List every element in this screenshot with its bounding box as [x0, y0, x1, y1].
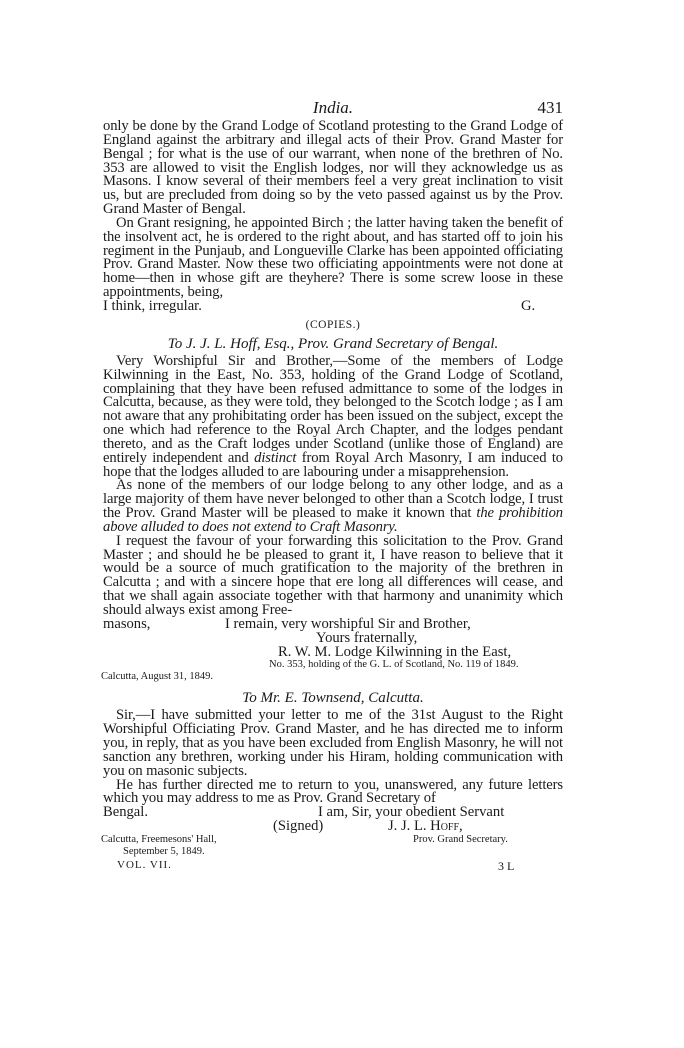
signature-line: (Signed) J. J. L. Hoff, [103, 820, 563, 834]
book-page: India. 431 only be done by the Grand Lod… [103, 94, 563, 873]
paragraph: On Grant resigning, he appointed Birch ;… [103, 217, 563, 300]
signer: R. W. M. Lodge Kilwinning in the East, [103, 646, 563, 660]
paragraph: only be done by the Grand Lodge of Scotl… [103, 120, 563, 217]
running-title: India. [103, 98, 563, 118]
signer-detail-row: No. 353, holding of the G. L. of Scotlan… [103, 659, 563, 671]
closing-line: I think, irregular. G. [103, 300, 563, 314]
letter-excerpt: only be done by the Grand Lodge of Scotl… [103, 120, 563, 314]
running-header: India. 431 [103, 94, 563, 120]
paragraph: He has further directed me to return to … [103, 779, 563, 807]
signature-mark: 3 L [498, 859, 514, 874]
author-initial: G. [521, 300, 535, 314]
letter-address: To Mr. E. Townsend, Calcutta. [103, 691, 563, 706]
date-row: September 5, 1849. [103, 846, 563, 859]
closing-text: I think, irregular. [103, 300, 202, 314]
letter-to-townsend: To Mr. E. Townsend, Calcutta. Sir,—I hav… [103, 691, 563, 859]
place-title-row: Calcutta, Freemesons' Hall, Prov. Grand … [103, 834, 563, 846]
page-number: 431 [538, 98, 564, 118]
page-footer: VOL. VII. 3 L [103, 859, 563, 873]
closing-line: Bengal. I am, Sir, your obedient Servant [103, 806, 563, 820]
volume-label: VOL. VII. [117, 859, 172, 871]
letter-address: To J. J. L. Hoff, Esq., Prov. Grand Secr… [103, 337, 563, 352]
letter-to-hoff: To J. J. L. Hoff, Esq., Prov. Grand Secr… [103, 337, 563, 686]
copies-heading: (COPIES.) [103, 318, 563, 332]
paragraph: I request the favour of your forwarding … [103, 535, 563, 618]
paragraph: As none of the members of our lodge belo… [103, 479, 563, 534]
paragraph: Very Worshipful Sir and Brother,—Some of… [103, 355, 563, 480]
paragraph: Sir,—I have submitted your letter to me … [103, 709, 563, 778]
place-date-row: Calcutta, August 31, 1849. [103, 671, 563, 685]
